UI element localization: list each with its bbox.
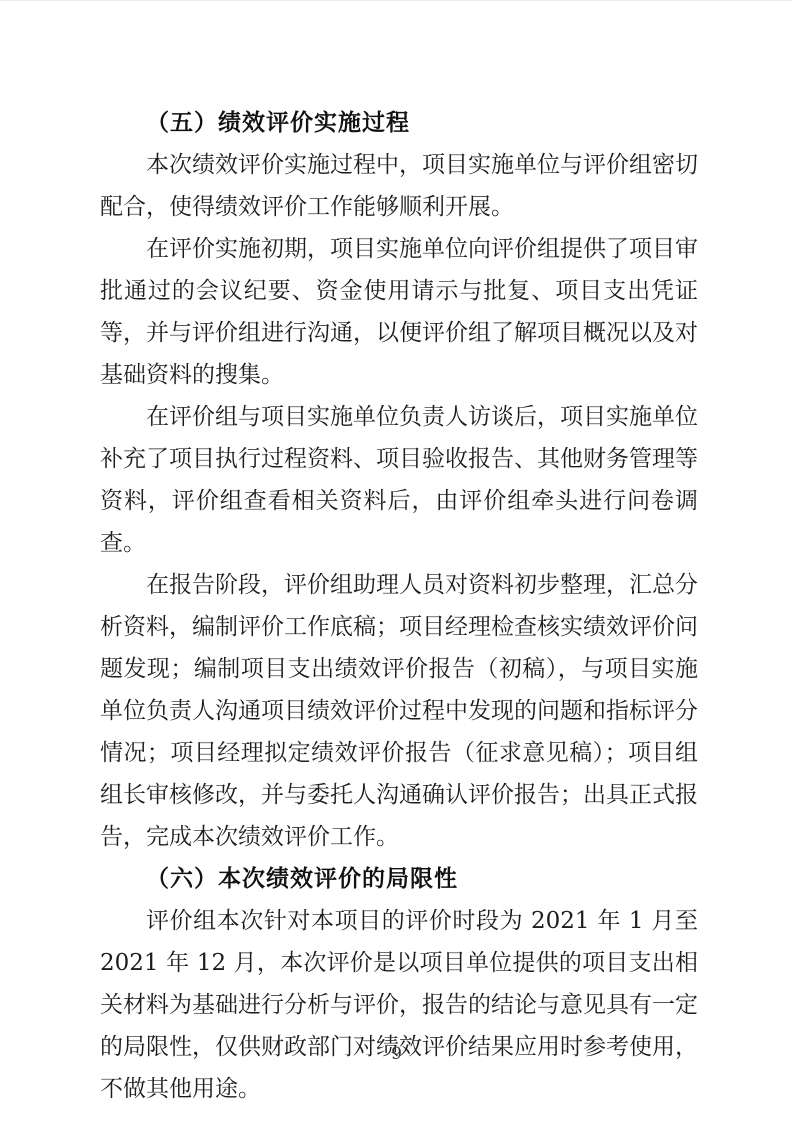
section-heading-6: （六）本次绩效评价的局限性 [100,858,698,900]
page-number: 9 [391,1044,402,1064]
document-page: （五）绩效评价实施过程 本次绩效评价实施过程中，项目实施单位与评价组密切配合，使… [0,0,793,1122]
paragraph-implementation-overview: 本次绩效评价实施过程中，项目实施单位与评价组密切配合，使得绩效评价工作能够顺利开… [100,144,698,228]
document-body: （五）绩效评价实施过程 本次绩效评价实施过程中，项目实施单位与评价组密切配合，使… [100,102,698,1110]
paragraph-limitations: 评价组本次针对本项目的评价时段为 2021 年 1 月至 2021 年 12 月… [100,900,698,1110]
paragraph-early-stage: 在评价实施初期，项目实施单位向评价组提供了项目审批通过的会议纪要、资金使用请示与… [100,228,698,396]
page-footer: 9 [0,1044,793,1064]
paragraph-report-stage: 在报告阶段，评价组助理人员对资料初步整理，汇总分析资料，编制评价工作底稿；项目经… [100,564,698,858]
paragraph-interview-stage: 在评价组与项目实施单位负责人访谈后，项目实施单位补充了项目执行过程资料、项目验收… [100,396,698,564]
section-heading-5: （五）绩效评价实施过程 [100,102,698,144]
